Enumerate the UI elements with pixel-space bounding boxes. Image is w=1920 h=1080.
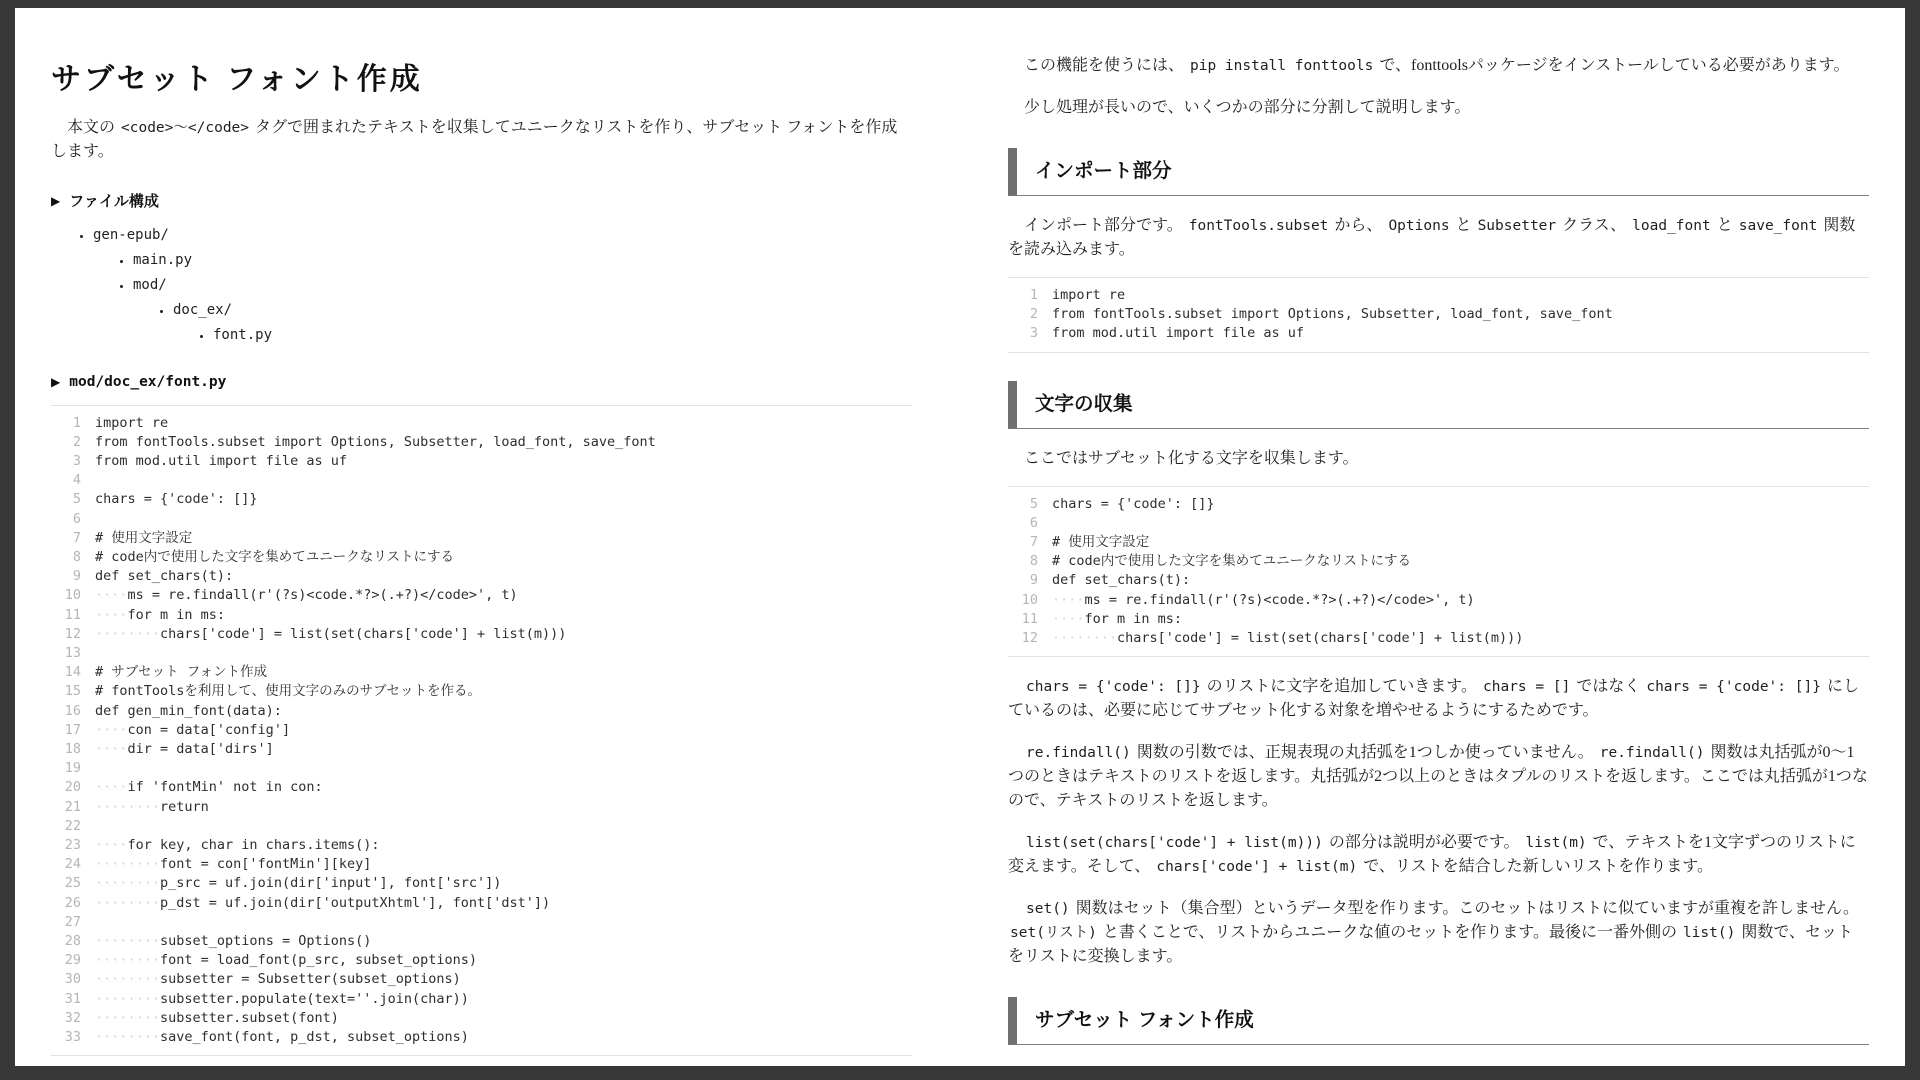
code-line: 27 (51, 913, 912, 932)
text-run: の部分は説明が必要です。 (1325, 834, 1524, 851)
code-text (95, 759, 103, 778)
inline-code: Subsetter (1478, 218, 1557, 234)
code-text: ····ms = re.findall(r'(?s)<code.*?>(.+?)… (95, 586, 518, 605)
line-number: 13 (51, 644, 81, 663)
paragraph-set-function: set() 関数はセット（集合型）というデータ型を作ります。このセットはリストに… (1008, 897, 1869, 969)
line-number: 21 (51, 798, 81, 817)
document-page: サブセット フォント作成 本文の <code>〜</code> タグで囲まれたテ… (15, 8, 1905, 1066)
text-run: ではなく (1572, 678, 1644, 695)
two-page-spread: サブセット フォント作成 本文の <code>〜</code> タグで囲まれたテ… (15, 8, 1905, 1066)
line-number: 23 (51, 836, 81, 855)
code-line: 2from fontTools.subset import Options, S… (1008, 305, 1869, 324)
code-text: ········subsetter.populate(text=''.join(… (95, 990, 469, 1009)
code-line: 13 (51, 644, 912, 663)
code-block-collect-chars: 5chars = {'code': []}6 7# 使用文字設定8# code内… (1008, 486, 1869, 658)
whitespace-dots: ········ (1052, 630, 1117, 646)
file-tree-label: doc_ex/ (173, 302, 232, 318)
line-number: 2 (51, 433, 81, 452)
code-text: def set_chars(t): (95, 567, 233, 586)
code-line: 8# code内で使用した文字を集めてユニークなリストにする (51, 548, 912, 567)
code-line: 18····dir = data['dirs'] (51, 740, 912, 759)
code-text: chars = {'code': []} (1052, 495, 1215, 514)
code-text: ····for m in ms: (1052, 610, 1182, 629)
code-line: 3from mod.util import file as uf (1008, 324, 1869, 343)
whitespace-dots: ········ (95, 895, 160, 911)
line-number: 14 (51, 663, 81, 682)
code-line: 23····for key, char in chars.items(): (51, 836, 912, 855)
code-text: def set_chars(t): (1052, 571, 1190, 590)
line-number: 8 (1008, 552, 1038, 571)
line-number: 11 (51, 606, 81, 625)
whitespace-dots: ···· (1052, 592, 1085, 608)
line-number: 22 (51, 817, 81, 836)
file-tree-item: gen-epub/ main.py mod/ doc_ex/ (93, 223, 912, 348)
code-text: ········chars['code'] = list(set(chars['… (1052, 629, 1523, 648)
line-number: 5 (1008, 495, 1038, 514)
inline-code: save_font (1739, 218, 1818, 234)
line-number: 1 (1008, 286, 1038, 305)
code-line: 14# サブセット フォント作成 (51, 663, 912, 682)
disclosure-triangle-icon: ▶ (51, 376, 60, 388)
section-heading-import: インポート部分 (1008, 148, 1869, 196)
page-title: サブセット フォント作成 (51, 54, 912, 98)
line-number: 10 (1008, 591, 1038, 610)
code-line: 12········chars['code'] = list(set(chars… (1008, 629, 1869, 648)
whitespace-dots: ···· (95, 741, 128, 757)
line-number: 32 (51, 1009, 81, 1028)
line-number: 2 (1008, 305, 1038, 324)
inline-code: fontTools.subset (1189, 218, 1329, 234)
code-text: ········font = con['fontMin'][key] (95, 855, 371, 874)
line-number: 26 (51, 894, 81, 913)
line-number: 11 (1008, 610, 1038, 629)
code-text: from fontTools.subset import Options, Su… (95, 433, 656, 452)
code-text: # 使用文字設定 (1052, 533, 1149, 552)
line-number: 10 (51, 586, 81, 605)
inline-code: <code>〜</code> (121, 120, 249, 136)
code-text: import re (1052, 286, 1125, 305)
whitespace-dots: ········ (95, 856, 160, 872)
line-number: 28 (51, 932, 81, 951)
code-text: ····dir = data['dirs'] (95, 740, 274, 759)
disclosure-triangle-icon: ▶ (51, 195, 60, 207)
section-heading-collect-chars: 文字の収集 (1008, 381, 1869, 429)
whitespace-dots: ········ (95, 952, 160, 968)
code-line: 12········chars['code'] = list(set(chars… (51, 625, 912, 644)
code-line: 20····if 'fontMin' not in con: (51, 778, 912, 797)
code-line: 8# code内で使用した文字を集めてユニークなリストにする (1008, 552, 1869, 571)
code-line: 21········return (51, 798, 912, 817)
code-text: ········chars['code'] = list(set(chars['… (95, 625, 566, 644)
code-line: 19 (51, 759, 912, 778)
code-line: 5chars = {'code': []} (51, 490, 912, 509)
line-number: 5 (51, 490, 81, 509)
code-text: ····for key, char in chars.items(): (95, 836, 379, 855)
line-number: 31 (51, 990, 81, 1009)
left-page: サブセット フォント作成 本文の <code>〜</code> タグで囲まれたテ… (51, 8, 912, 1066)
inline-code: chars = [] (1483, 679, 1570, 695)
code-text (95, 913, 103, 932)
code-line: 7# 使用文字設定 (1008, 533, 1869, 552)
whitespace-dots: ········ (95, 799, 160, 815)
code-line: 24········font = con['fontMin'][key] (51, 855, 912, 874)
code-line: 32········subsetter.subset(font) (51, 1009, 912, 1028)
code-text: from mod.util import file as uf (95, 452, 347, 471)
code-line: 11····for m in ms: (51, 606, 912, 625)
code-line: 31········subsetter.populate(text=''.joi… (51, 990, 912, 1009)
whitespace-dots: ···· (1052, 611, 1085, 627)
line-number: 30 (51, 970, 81, 989)
code-line: 6 (1008, 514, 1869, 533)
inline-code: chars['code'] + list(m) (1156, 859, 1357, 875)
code-block-font-py: 1import re2from fontTools.subset import … (51, 405, 912, 1057)
inline-code: chars = {'code': []} (1026, 679, 1201, 695)
code-text: ········return (95, 798, 209, 817)
file-tree-item: mod/ doc_ex/ font.py (133, 273, 912, 348)
text-run: この機能を使うには、 (1024, 57, 1188, 74)
text-run: のリストに文字を追加していきます。 (1203, 678, 1481, 695)
file-structure-summary[interactable]: ▶ ファイル構成 (51, 190, 912, 211)
code-text: ····ms = re.findall(r'(?s)<code.*?>(.+?)… (1052, 591, 1475, 610)
text-run: で、リストを結合した新しいリストを作ります。 (1359, 858, 1713, 875)
code-text: ········subset_options = Options() (95, 932, 371, 951)
whitespace-dots: ········ (95, 1010, 160, 1026)
code-line: 6 (51, 510, 912, 529)
code-text: ········font = load_font(p_src, subset_o… (95, 951, 477, 970)
line-number: 9 (1008, 571, 1038, 590)
code-text: ····for m in ms: (95, 606, 225, 625)
line-number: 7 (51, 529, 81, 548)
line-number: 9 (51, 567, 81, 586)
code-line: 9def set_chars(t): (1008, 571, 1869, 590)
inline-code: chars = {'code': []} (1646, 679, 1821, 695)
code-line: 11····for m in ms: (1008, 610, 1869, 629)
text-run: 関数はセット（集合型）というデータ型を作ります。このセットはリストに似ていますが… (1072, 900, 1859, 917)
inline-code: load_font (1632, 218, 1711, 234)
code-line: 3from mod.util import file as uf (51, 452, 912, 471)
text-run: で、fonttoolsパッケージをインストールしている必要があります。 (1375, 57, 1849, 74)
line-number: 25 (51, 874, 81, 893)
line-number: 3 (1008, 324, 1038, 343)
text-run: と (1452, 217, 1476, 234)
text-run: クラス、 (1558, 217, 1630, 234)
code-text (95, 471, 103, 490)
line-number: 29 (51, 951, 81, 970)
code-text: from mod.util import file as uf (1052, 324, 1304, 343)
section-heading-label: サブセット フォント作成 (1035, 1009, 1254, 1031)
file-tree-item: main.py (133, 248, 912, 273)
code-line: 9def set_chars(t): (51, 567, 912, 586)
file-tree-branch: main.py mod/ doc_ex/ font.py (93, 248, 912, 348)
code-text: ········p_dst = uf.join(dir['outputXhtml… (95, 894, 550, 913)
code-line: 4 (51, 471, 912, 490)
code-text: ········save_font(font, p_dst, subset_op… (95, 1028, 469, 1047)
code-line: 16def gen_min_font(data): (51, 702, 912, 721)
line-number: 6 (51, 510, 81, 529)
whitespace-dots: ···· (95, 722, 128, 738)
paragraph-refindall: re.findall() 関数の引数では、正規表現の丸括弧を1つしか使っていませ… (1008, 741, 1869, 813)
whitespace-dots: ···· (95, 587, 128, 603)
paragraph-split-explanation: 少し処理が長いので、いくつかの部分に分割して説明します。 (1008, 96, 1869, 120)
line-number: 3 (51, 452, 81, 471)
file-tree-label: font.py (213, 327, 272, 343)
code-line: 17····con = data['config'] (51, 721, 912, 740)
code-text: # code内で使用した文字を集めてユニークなリストにする (95, 548, 454, 567)
whitespace-dots: ········ (95, 626, 160, 642)
whitespace-dots: ········ (95, 933, 160, 949)
code-text: ········subsetter.subset(font) (95, 1009, 339, 1028)
paragraph-chars-dict: chars = {'code': []} のリストに文字を追加していきます。 c… (1008, 675, 1869, 723)
file-tree-label: main.py (133, 252, 192, 268)
code-text: import re (95, 414, 168, 433)
line-number: 24 (51, 855, 81, 874)
line-number: 27 (51, 913, 81, 932)
text-run: 本文の (67, 119, 119, 136)
code-line: 5chars = {'code': []} (1008, 495, 1869, 514)
summary-label: mod/doc_ex/font.py (69, 374, 226, 390)
code-line: 25········p_src = uf.join(dir['input'], … (51, 874, 912, 893)
code-text: ········p_src = uf.join(dir['input'], fo… (95, 874, 501, 893)
code-text (95, 817, 103, 836)
text-run: と (1713, 217, 1737, 234)
code-line: 33········save_font(font, p_dst, subset_… (51, 1028, 912, 1047)
text-run: 関数の引数では、正規表現の丸括弧を1つしか使っていません。 (1133, 744, 1598, 761)
text-run: 少し処理が長いので、いくつかの部分に分割して説明します。 (1024, 99, 1470, 116)
code-line: 15# fontToolsを利用して、使用文字のみのサブセットを作る。 (51, 682, 912, 701)
intro-paragraph: 本文の <code>〜</code> タグで囲まれたテキストを収集してユニークな… (51, 116, 912, 164)
line-number: 20 (51, 778, 81, 797)
section-heading-label: インポート部分 (1035, 160, 1172, 182)
line-number: 6 (1008, 514, 1038, 533)
code-line: 2from fontTools.subset import Options, S… (51, 433, 912, 452)
inline-code: pip install fonttools (1190, 58, 1373, 74)
code-text: ········subsetter = Subsetter(subset_opt… (95, 970, 461, 989)
text-run: から、 (1330, 217, 1386, 234)
inline-code: set(リスト) (1010, 925, 1097, 941)
summary-label: ファイル構成 (69, 190, 159, 211)
whitespace-dots: ········ (95, 991, 160, 1007)
line-number: 1 (51, 414, 81, 433)
inline-code: re.findall() (1026, 745, 1131, 761)
inline-code: re.findall() (1600, 745, 1705, 761)
whitespace-dots: ···· (95, 837, 128, 853)
code-text: def gen_min_font(data): (95, 702, 282, 721)
paragraph-import-description: インポート部分です。 fontTools.subset から、 Options … (1008, 214, 1869, 262)
code-block-import: 1import re2from fontTools.subset import … (1008, 277, 1869, 353)
text-run: と書くことで、リストからユニークな値のセットを作ります。最後に一番外側の (1099, 924, 1681, 941)
line-number: 33 (51, 1028, 81, 1047)
code-text (95, 644, 103, 663)
code-line: 1import re (1008, 286, 1869, 305)
text-run: ここではサブセット化する文字を収集します。 (1024, 450, 1359, 467)
whitespace-dots: ···· (95, 607, 128, 623)
inline-code: Options (1388, 218, 1449, 234)
code-text: ····if 'fontMin' not in con: (95, 778, 323, 797)
file-tree-branch: font.py (173, 323, 912, 348)
code-line: 26········p_dst = uf.join(dir['outputXht… (51, 894, 912, 913)
code-line: 28········subset_options = Options() (51, 932, 912, 951)
line-number: 15 (51, 682, 81, 701)
section-heading-label: 文字の収集 (1035, 393, 1133, 415)
paragraph-collect-description: ここではサブセット化する文字を収集します。 (1008, 447, 1869, 471)
code-line: 29········font = load_font(p_src, subset… (51, 951, 912, 970)
code-text: # code内で使用した文字を集めてユニークなリストにする (1052, 552, 1411, 571)
code-text: chars = {'code': []} (95, 490, 258, 509)
line-number: 4 (51, 471, 81, 490)
file-tree-branch: doc_ex/ font.py (133, 298, 912, 348)
code-text: ····con = data['config'] (95, 721, 290, 740)
code-text: # 使用文字設定 (95, 529, 192, 548)
inline-code: list() (1683, 925, 1735, 941)
line-number: 16 (51, 702, 81, 721)
code-line: 1import re (51, 414, 912, 433)
line-number: 18 (51, 740, 81, 759)
right-page: この機能を使うには、 pip install fonttools で、fontt… (1008, 8, 1869, 1066)
file-tree: gen-epub/ main.py mod/ doc_ex/ (51, 223, 912, 348)
file-tree-label: gen-epub/ (93, 227, 169, 243)
code-text (95, 510, 103, 529)
code-text (1052, 514, 1060, 533)
file-tree-item: doc_ex/ font.py (173, 298, 912, 348)
whitespace-dots: ········ (95, 875, 160, 891)
code-line: 10····ms = re.findall(r'(?s)<code.*?>(.+… (1008, 591, 1869, 610)
whitespace-dots: ···· (95, 779, 128, 795)
inline-code: list(m) (1526, 835, 1587, 851)
code-line: 7# 使用文字設定 (51, 529, 912, 548)
line-number: 17 (51, 721, 81, 740)
whitespace-dots: ········ (95, 1029, 160, 1045)
line-number: 12 (51, 625, 81, 644)
section-heading-subset-font: サブセット フォント作成 (1008, 997, 1869, 1045)
line-number: 12 (1008, 629, 1038, 648)
whitespace-dots: ········ (95, 971, 160, 987)
inline-code: list(set(chars['code'] + list(m))) (1026, 835, 1323, 851)
code-text: # サブセット フォント作成 (95, 663, 267, 682)
code-line: 10····ms = re.findall(r'(?s)<code.*?>(.+… (51, 586, 912, 605)
code-line: 30········subsetter = Subsetter(subset_o… (51, 970, 912, 989)
code-text: # fontToolsを利用して、使用文字のみのサブセットを作る。 (95, 682, 481, 701)
line-number: 7 (1008, 533, 1038, 552)
code-file-summary[interactable]: ▶ mod/doc_ex/font.py (51, 374, 912, 390)
line-number: 19 (51, 759, 81, 778)
paragraph-pip-install: この機能を使うには、 pip install fonttools で、fontt… (1008, 54, 1869, 78)
file-tree-item: font.py (213, 323, 912, 348)
text-run: インポート部分です。 (1024, 217, 1187, 234)
file-tree-label: mod/ (133, 277, 167, 293)
code-line: 22 (51, 817, 912, 836)
code-text: from fontTools.subset import Options, Su… (1052, 305, 1613, 324)
paragraph-list-set: list(set(chars['code'] + list(m))) の部分は説… (1008, 831, 1869, 879)
line-number: 8 (51, 548, 81, 567)
inline-code: set() (1026, 901, 1070, 917)
